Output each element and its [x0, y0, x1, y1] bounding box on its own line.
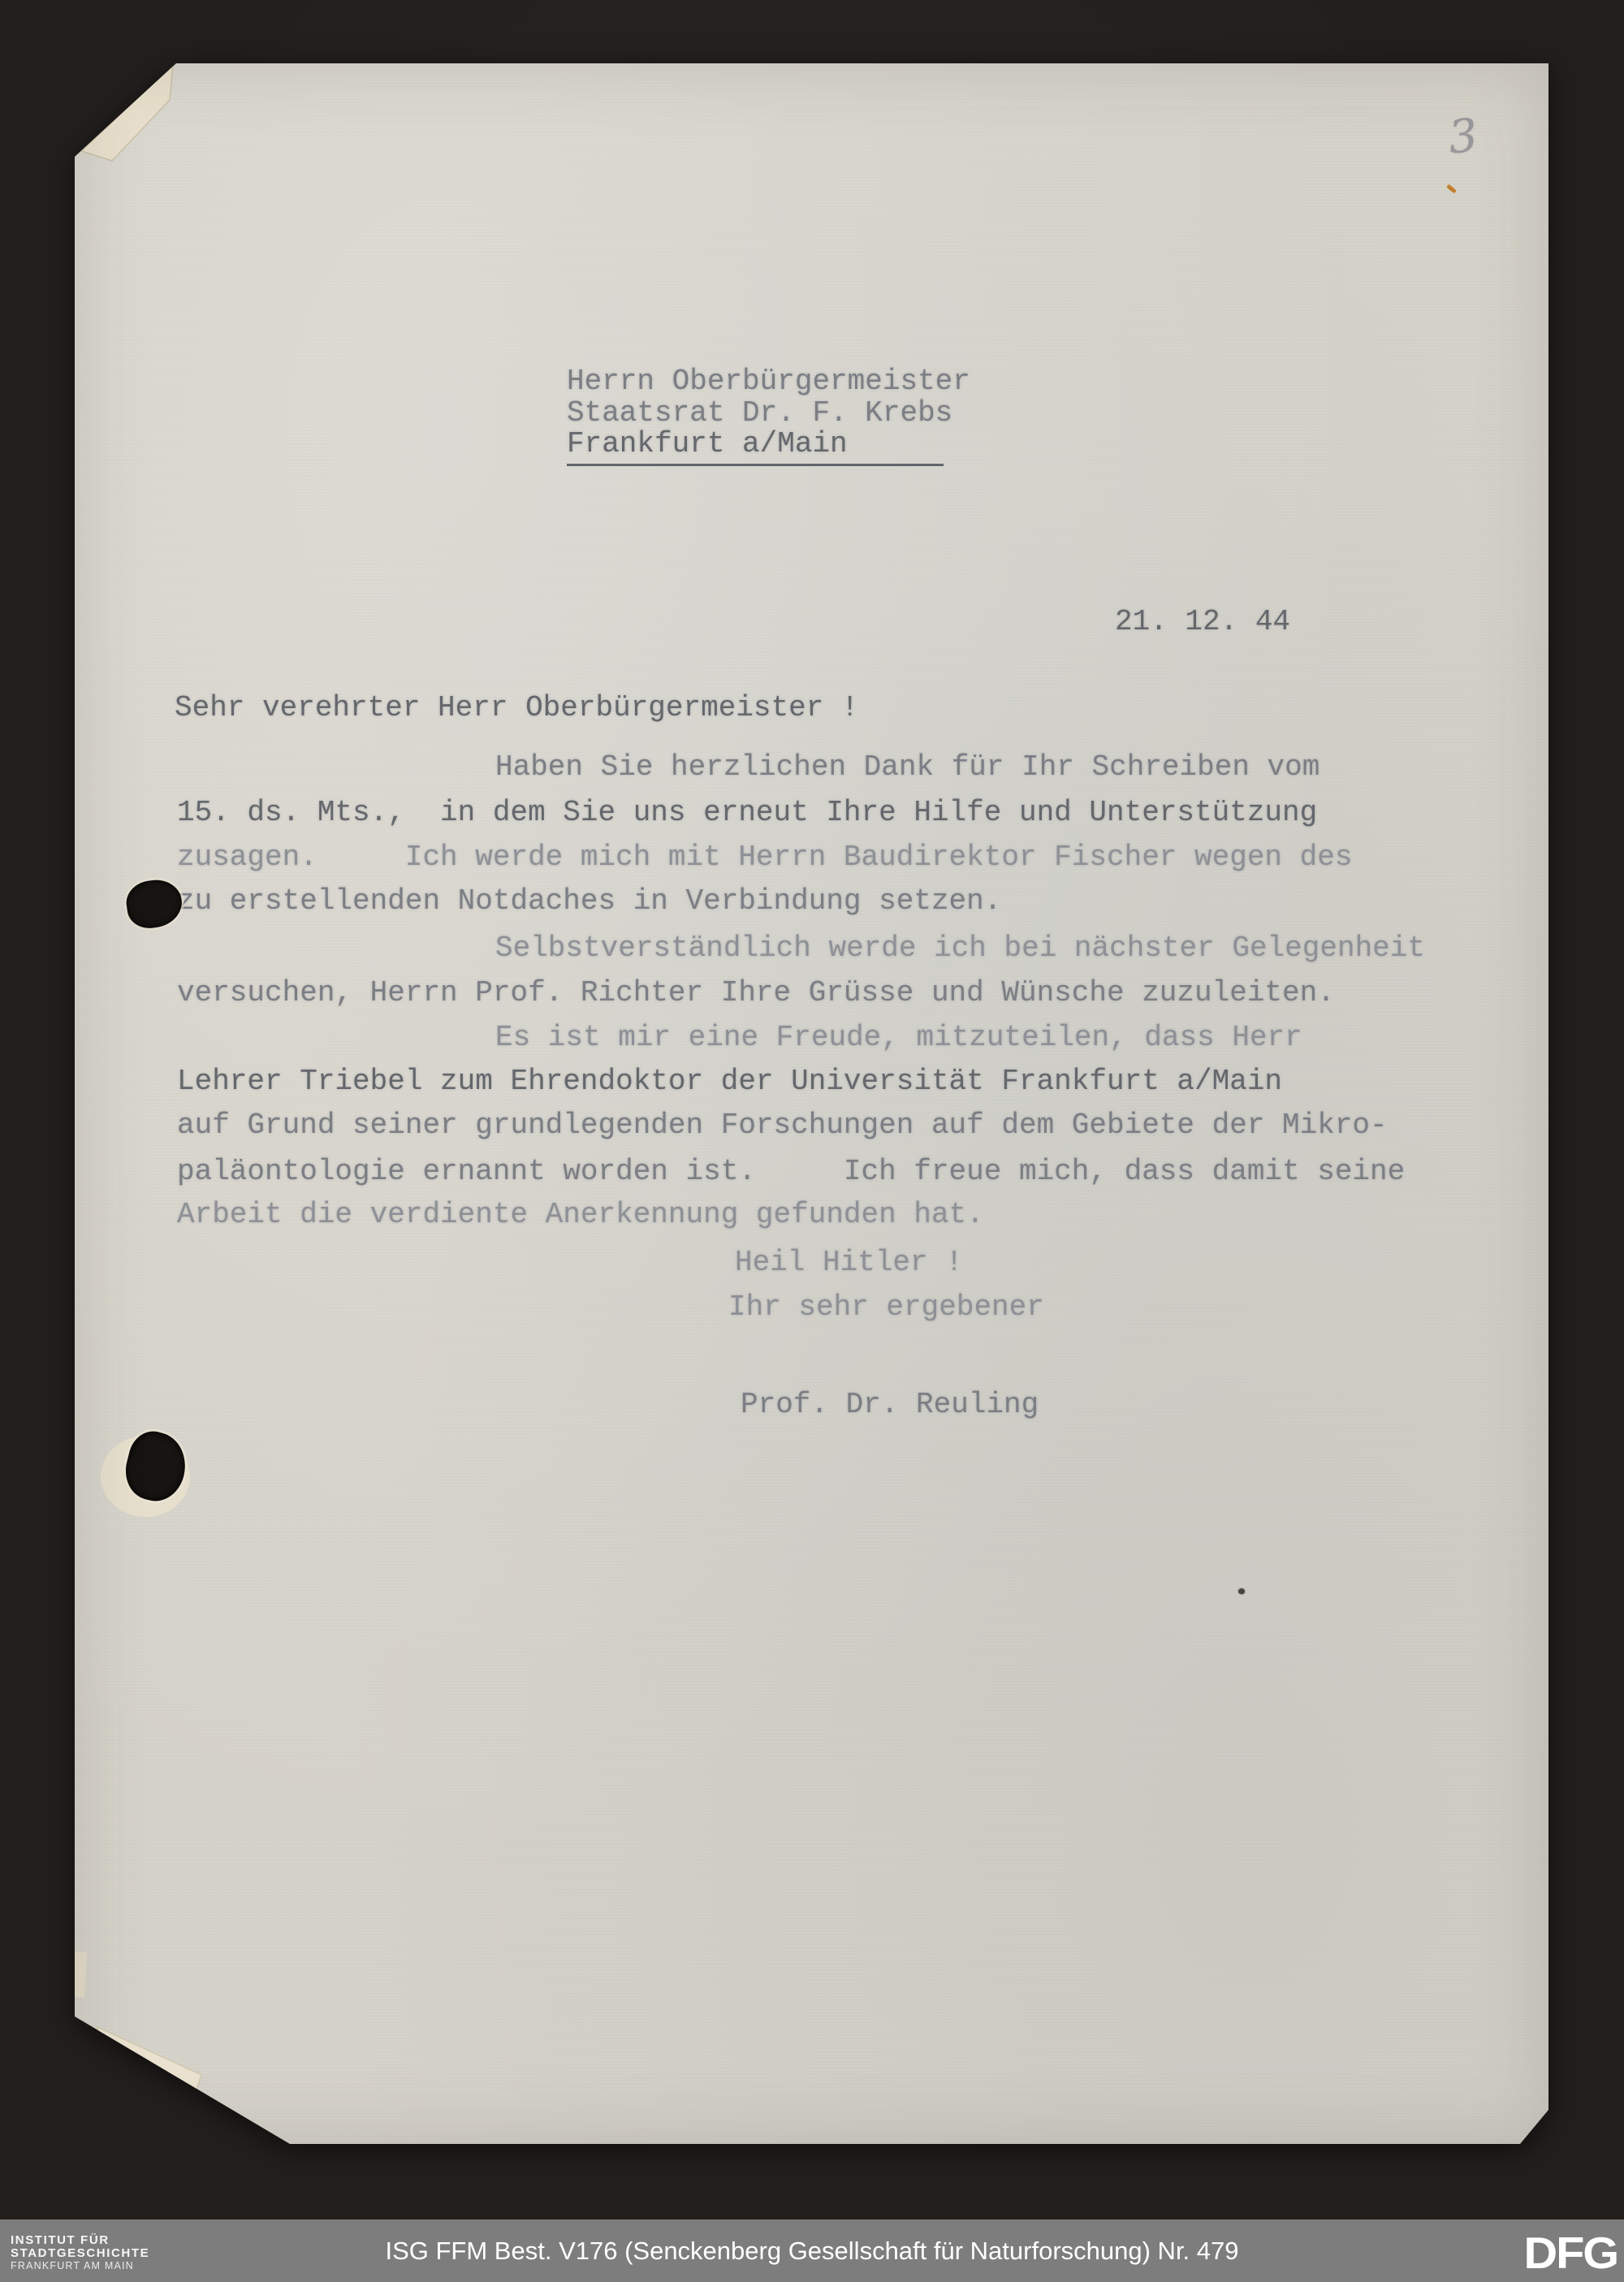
- body-line: Es ist mir eine Freude, mitzuteilen, das…: [495, 1022, 1302, 1054]
- document-page: 3 Herrn Oberbürgermeister Staatsrat Dr. …: [75, 63, 1548, 2144]
- body-line: versuchen, Herrn Prof. Richter Ihre Grüs…: [177, 977, 1335, 1009]
- archive-reference-caption: ISG FFM Best. V176 (Senckenberg Gesellsc…: [0, 2219, 1624, 2282]
- body-line: auf Grund seiner grundlegenden Forschung…: [177, 1109, 1388, 1142]
- folded-corner-bottom-left: [97, 2027, 201, 2144]
- body-line: Lehrer Triebel zum Ehrendoktor der Unive…: [177, 1065, 1282, 1098]
- page-number-annotation: 3: [1446, 109, 1480, 164]
- tape-remnant: [75, 1951, 87, 1998]
- closing-line: Ihr sehr ergebener: [728, 1291, 1044, 1324]
- body-line: Selbstverständlich werde ich bei nächste…: [495, 932, 1425, 965]
- body-line: paläontologie ernannt worden ist. Ich fr…: [177, 1156, 1405, 1188]
- recipient-line: Staatsrat Dr. F. Krebs: [567, 397, 952, 430]
- viewer-background: 3 Herrn Oberbürgermeister Staatsrat Dr. …: [0, 0, 1624, 2282]
- dfg-logo: DFG: [1523, 2227, 1618, 2279]
- recipient-line: Herrn Oberbürgermeister: [567, 365, 970, 398]
- paper-stain: [1446, 184, 1457, 193]
- closing-line: Heil Hitler !: [735, 1247, 963, 1279]
- body-line: 15. ds. Mts., in dem Sie uns erneut Ihre…: [177, 797, 1317, 829]
- body-line: Haben Sie herzlichen Dank für Ihr Schrei…: [495, 751, 1319, 784]
- recipient-line-underlined: Frankfurt a/Main: [567, 428, 944, 466]
- letter-date: 21. 12. 44: [1115, 606, 1290, 638]
- folded-corner-top-left: [81, 65, 173, 161]
- body-line: Arbeit die verdiente Anerkennung gefunde…: [177, 1199, 984, 1231]
- signature: Prof. Dr. Reuling: [741, 1389, 1039, 1421]
- ink-spot: [1238, 1588, 1245, 1594]
- body-line: zu erstellenden Notdaches in Verbindung …: [177, 885, 1001, 918]
- body-line: zusagen. Ich werde mich mit Herrn Baudir…: [177, 841, 1352, 874]
- salutation: Sehr verehrter Herr Oberbürgermeister !: [175, 692, 859, 724]
- punch-hole-icon: [123, 877, 184, 931]
